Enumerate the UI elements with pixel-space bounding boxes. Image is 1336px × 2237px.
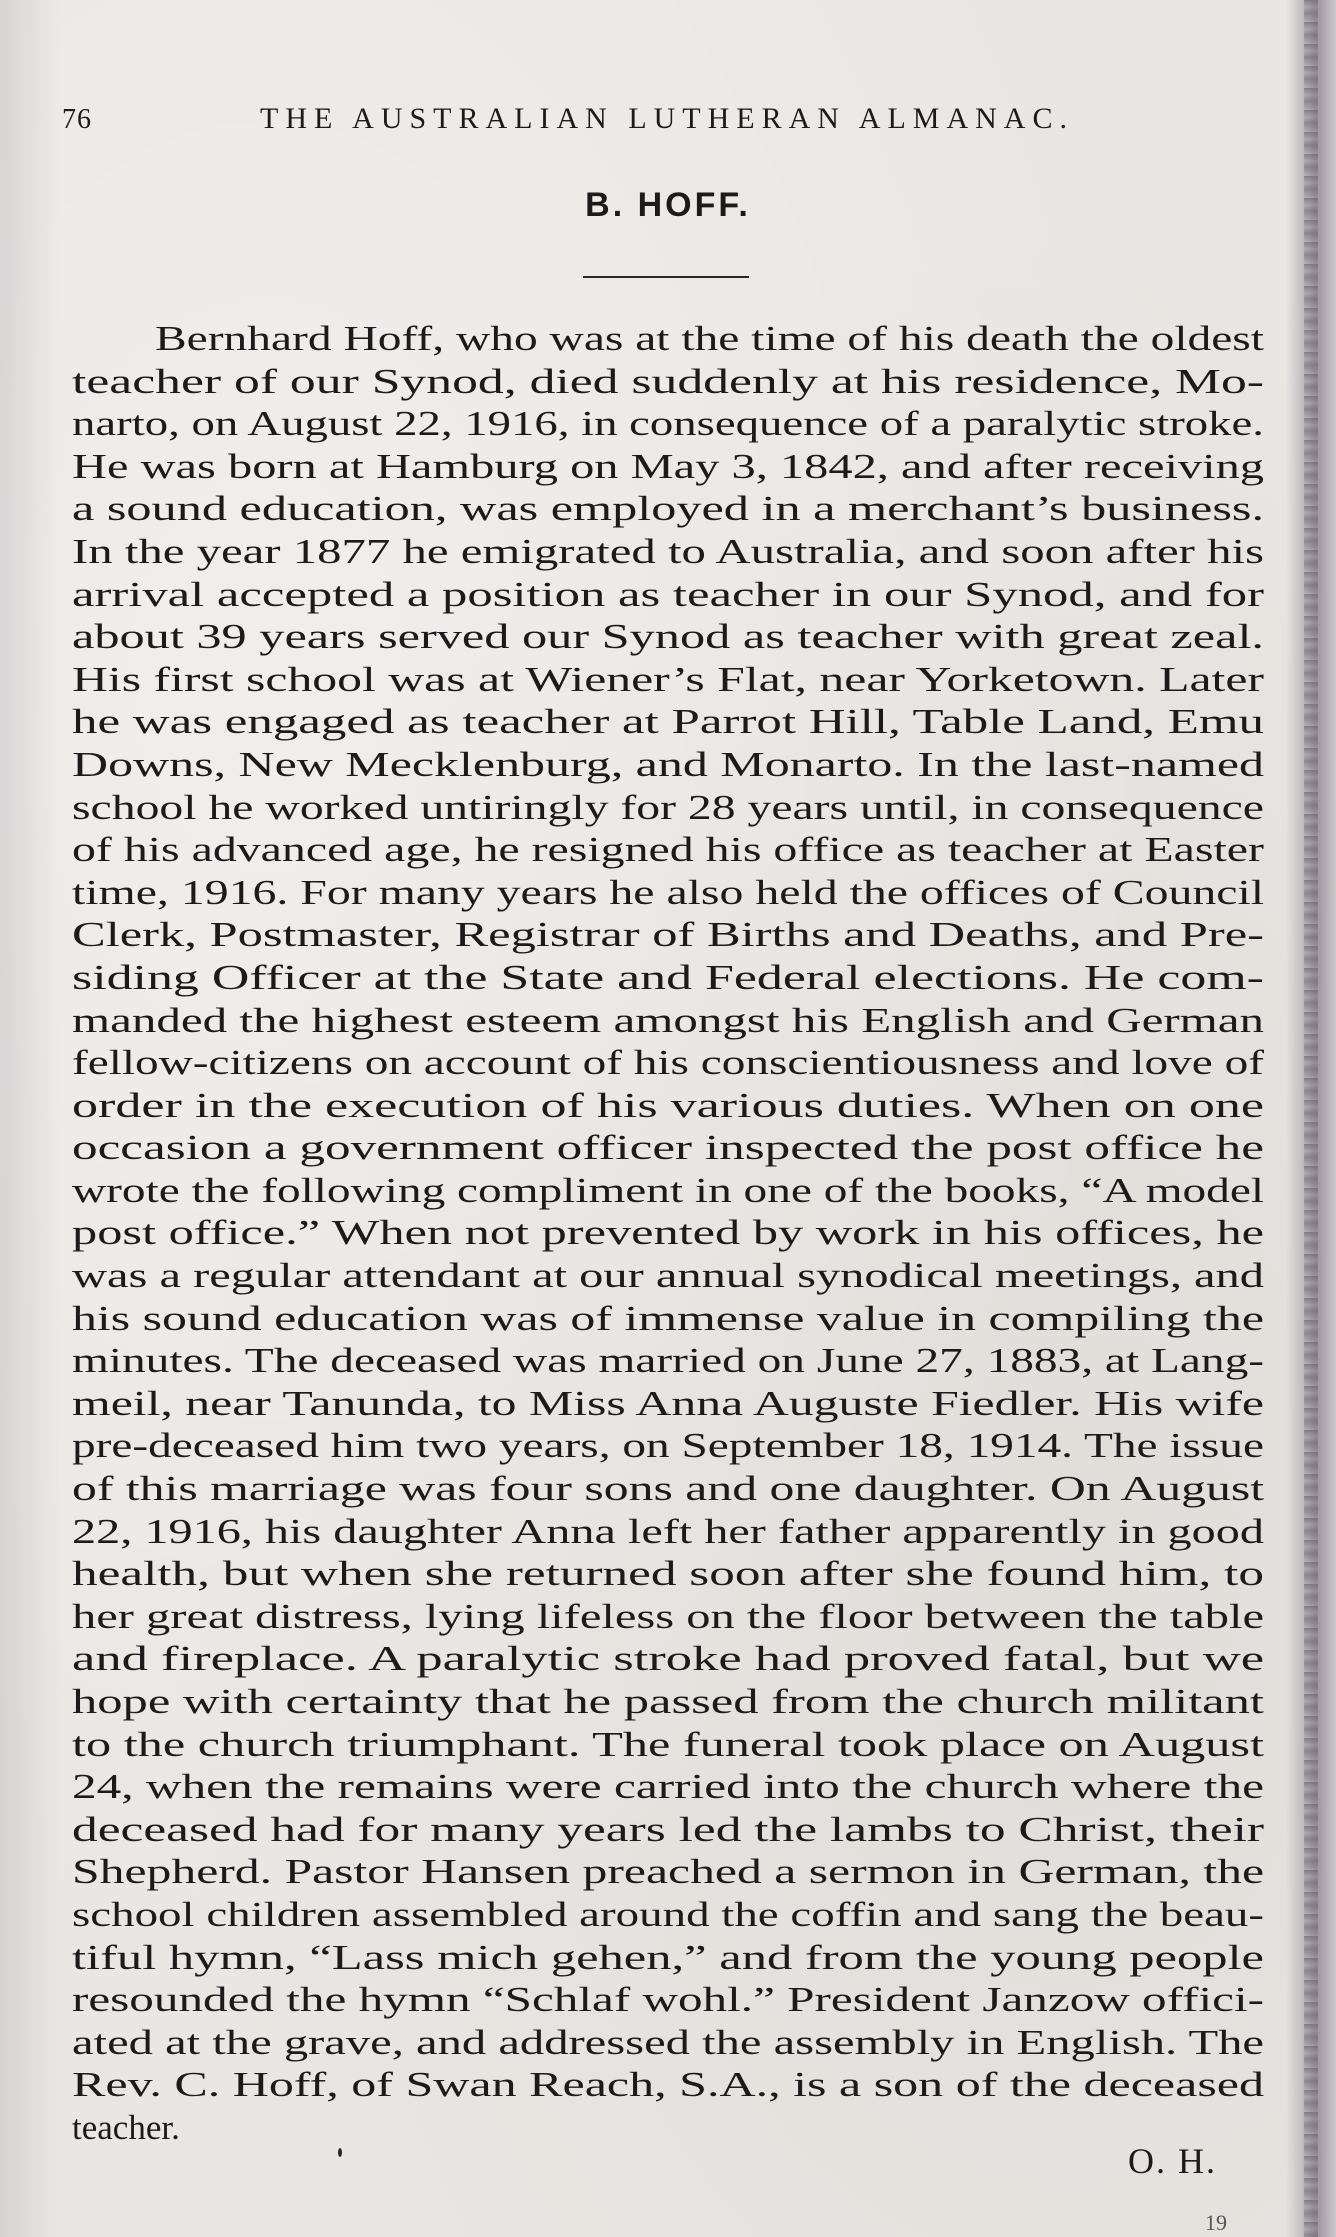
article-body: Bernhard Hoff, who was at the time of hi… — [72, 318, 1264, 2150]
article-text-line: teacher. — [72, 2107, 1264, 2150]
article-text-line: narto, on August 22, 1916, in consequenc… — [72, 403, 1336, 446]
article-text-line: Downs, New Mecklenburg, and Monarto. In … — [72, 744, 1336, 787]
article-text-line: Bernhard Hoff, who was at the time of hi… — [72, 318, 1336, 361]
article-text-line: deceased had for many years led the lamb… — [72, 1809, 1336, 1852]
article-text-line: resounded the hymn “Schlaf wohl.” Presid… — [72, 1979, 1336, 2022]
article-text-line: about 39 years served our Synod as teach… — [72, 616, 1336, 659]
article-text-line: teacher of our Synod, died suddenly at h… — [72, 361, 1336, 404]
article-text-line: and fireplace. A paralytic stroke had pr… — [72, 1638, 1336, 1681]
article-text-line: pre-deceased him two years, on September… — [72, 1425, 1336, 1468]
article-text-line: was a regular attendant at our annual sy… — [72, 1255, 1336, 1298]
article-text-line: order in the execution of his various du… — [72, 1085, 1336, 1128]
article-text-line: 24, when the remains were carried into t… — [72, 1766, 1336, 1809]
article-text-line: wrote the following compliment in one of… — [72, 1170, 1336, 1213]
article-text-line: fellow-citizens on account of his consci… — [72, 1042, 1336, 1085]
article-text-line: school he worked untiringly for 28 years… — [72, 787, 1336, 830]
scan-left-shadow — [0, 0, 60, 2237]
article-text-line: ated at the grave, and addressed the ass… — [72, 2022, 1336, 2065]
ink-speck — [338, 2148, 342, 2157]
page-number: 76 — [62, 104, 92, 136]
article-text-line: His first school was at Wiener’s Flat, n… — [72, 659, 1336, 702]
article-text-line: a sound education, was employed in a mer… — [72, 488, 1336, 531]
article-text-line: siding Officer at the State and Federal … — [72, 957, 1336, 1000]
running-header-title: THE AUSTRALIAN LUTHERAN ALMANAC. — [222, 102, 1112, 136]
article-text-line: time, 1916. For many years he also held … — [72, 872, 1336, 915]
article-text-line: In the year 1877 he emigrated to Austral… — [72, 531, 1336, 574]
article-text-line: he was engaged as teacher at Parrot Hill… — [72, 701, 1336, 744]
article-text-line: of his advanced age, he resigned his off… — [72, 829, 1336, 872]
article-text-line: of this marriage was four sons and one d… — [72, 1468, 1336, 1511]
article-text-line: meil, near Tanunda, to Miss Anna Auguste… — [72, 1383, 1336, 1426]
article-text-line: Clerk, Postmaster, Registrar of Births a… — [72, 914, 1336, 957]
article-text-line: Rev. C. Hoff, of Swan Reach, S.A., is a … — [72, 2064, 1336, 2107]
article-text-line: school children assembled around the cof… — [72, 1894, 1336, 1937]
author-initials: O. H. — [1128, 2140, 1217, 2182]
article-text-line: his sound education was of immense value… — [72, 1298, 1336, 1341]
article-text-line: 22, 1916, his daughter Anna left her fat… — [72, 1511, 1336, 1554]
article-text-line: her great distress, lying lifeless on th… — [72, 1596, 1336, 1639]
article-text-line: tiful hymn, “Lass mich gehen,” and from … — [72, 1937, 1336, 1980]
article-text-line: manded the highest esteem amongst his En… — [72, 1000, 1336, 1043]
article-text-line: He was born at Hamburg on May 3, 1842, a… — [72, 446, 1336, 489]
article-text-line: arrival accepted a position as teacher i… — [72, 574, 1336, 617]
article-text-line: to the church triumphant. The funeral to… — [72, 1724, 1336, 1767]
folio-mark: 19 — [1205, 2210, 1227, 2236]
title-divider-rule — [583, 276, 749, 278]
article-text-line: minutes. The deceased was married on Jun… — [72, 1340, 1336, 1383]
article-text-line: Shepherd. Pastor Hansen preached a sermo… — [72, 1851, 1336, 1894]
article-text-line: health, but when she returned soon after… — [72, 1553, 1336, 1596]
article-title: B. HOFF. — [0, 186, 1336, 225]
article-text-line: post office.” When not prevented by work… — [72, 1212, 1336, 1255]
article-text-line: hope with certainty that he passed from … — [72, 1681, 1336, 1724]
article-text-line: occasion a government officer inspected … — [72, 1127, 1336, 1170]
